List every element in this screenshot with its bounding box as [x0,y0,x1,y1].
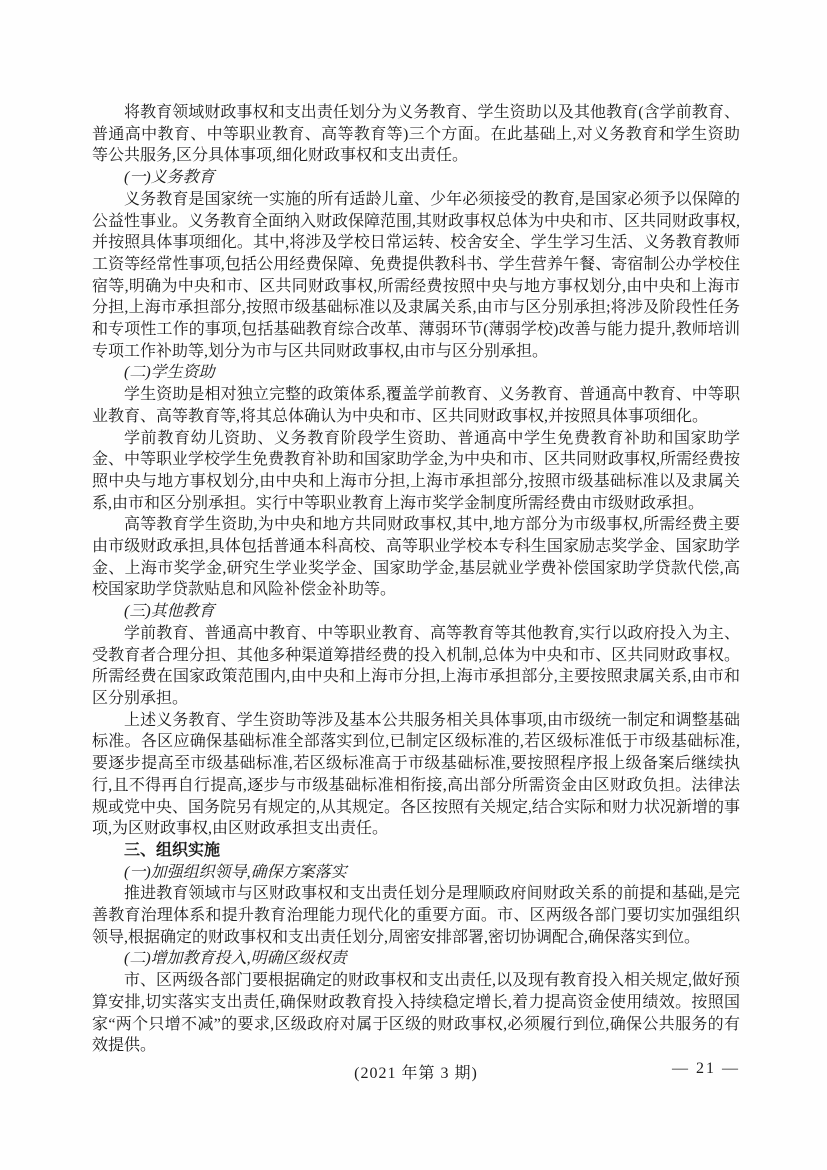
page-number: — 21 — [672,1060,740,1078]
page-footer: (2021 年第 3 期) — 21 — [92,1060,740,1084]
para-student-aid-shared: 学前教育幼儿资助、义务教育阶段学生资助、普通高中学生免费教育补助和国家助学金、中… [92,428,740,515]
para-student-aid-overview: 学生资助是相对独立完整的政策体系,覆盖学前教育、义务教育、普通高中教育、中等职业… [92,384,740,427]
subheading-increase-investment: (二)增加教育投入,明确区级权责 [92,948,740,970]
para-increase-investment: 市、区两级各部门要根据确定的财政事权和支出责任,以及现有教育投入相关规定,做好预… [92,970,740,1056]
para-basic-standards: 上述义务教育、学生资助等涉及基本公共服务相关具体事项,由市级统一制定和调整基础标… [92,710,740,840]
document-page: 将教育领域财政事权和支出责任划分为义务教育、学生资助以及其他教育(含学前教育、普… [0,0,827,1170]
para-compulsory-education: 义务教育是国家统一实施的所有适龄儿童、少年必须接受的教育,是国家必须予以保障的公… [92,189,740,363]
section-heading-implementation: 三、组织实施 [92,840,740,862]
subheading-other-education: (三)其他教育 [92,601,740,623]
para-other-education: 学前教育、普通高中教育、中等职业教育、高等教育等其他教育,实行以政府投入为主、受… [92,623,740,710]
para-strengthen-leadership: 推进教育领域市与区财政事权和支出责任划分是理顺政府间财政关系的前提和基础,是完善… [92,883,740,948]
subheading-strengthen-leadership: (一)加强组织领导,确保方案落实 [92,862,740,884]
document-body: 将教育领域财政事权和支出责任划分为义务教育、学生资助以及其他教育(含学前教育、普… [92,102,740,1056]
para-higher-education-aid: 高等教育学生资助,为中央和地方共同财政事权,其中,地方部分为市级事权,所需经费主… [92,514,740,601]
subheading-compulsory-education: (一)义务教育 [92,167,740,189]
journal-issue-label: (2021 年第 3 期) [92,1060,740,1083]
para-division-overview: 将教育领域财政事权和支出责任划分为义务教育、学生资助以及其他教育(含学前教育、普… [92,102,740,167]
subheading-student-aid: (二)学生资助 [92,362,740,384]
